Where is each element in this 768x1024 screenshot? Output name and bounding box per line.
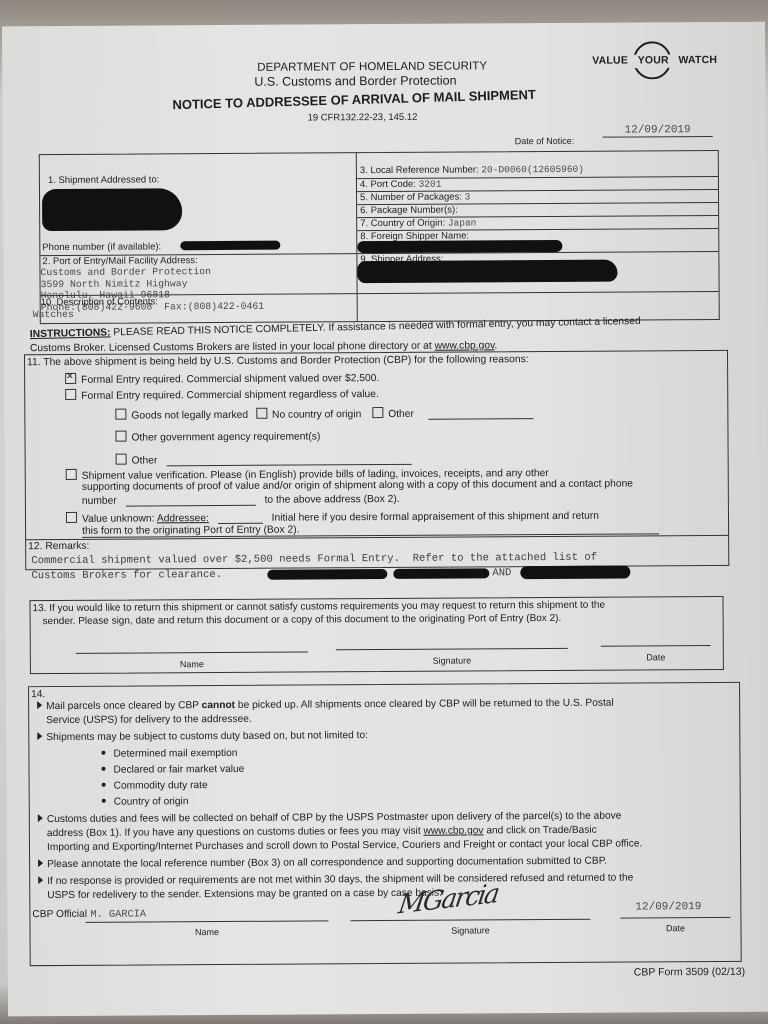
- duty-basis-item: Declared or fair market value: [101, 764, 244, 776]
- logo-word-right: WATCH: [678, 54, 717, 66]
- bullet-dot-icon: [102, 767, 106, 771]
- box14-label: 14.: [31, 689, 45, 700]
- checkbox-other-agency[interactable]: [115, 431, 126, 442]
- return-name-label: Name: [76, 658, 308, 669]
- remarks-line2: Customs Brokers for clearance.: [31, 569, 222, 582]
- local-ref-value: 20-D0060(12605960): [481, 164, 584, 176]
- return-date-label: Date: [601, 652, 711, 663]
- box11-label: 11. The above shipment is being held by …: [27, 354, 529, 368]
- agency-heading: U.S. Customs and Border Protection: [254, 74, 456, 89]
- reason-formal-entry-any-value: Formal Entry required. Commercial shipme…: [65, 387, 379, 402]
- cbp-website-link[interactable]: www.cbp.gov: [435, 340, 495, 351]
- duty-basis-item: Country of origin: [102, 796, 189, 808]
- info-bullet-pickup-line2: Service (USPS) for delivery to the addre…: [46, 714, 252, 726]
- date-of-notice-label: Date of Notice:: [515, 136, 575, 146]
- reason-formal-entry-over-2500: Formal Entry required. Commercial shipme…: [65, 371, 379, 386]
- bullet-arrow-icon: [38, 876, 43, 884]
- official-signature-label: Signature: [350, 925, 590, 936]
- bullet-arrow-icon: [38, 859, 43, 867]
- form-number: CBP Form 3509 (02/13): [634, 966, 745, 979]
- duty-basis-item: Commodity duty rate: [102, 780, 208, 792]
- checkbox-other-marking[interactable]: [372, 407, 383, 418]
- info-bullet-fees: Customs duties and fees will be collecte…: [38, 811, 622, 826]
- contents-description: Watches: [33, 309, 74, 320]
- official-date: 12/09/2019: [635, 901, 701, 913]
- duty-basis-item: Determined mail exemption: [101, 748, 237, 760]
- box13-line1: 13. If you would like to return this shi…: [33, 600, 606, 614]
- info-bullet-30-days-line2: USPS for redelivery to the sender. Exten…: [47, 888, 442, 901]
- instructions-heading: INSTRUCTIONS:: [30, 327, 111, 340]
- box10-label: 10. Description of Contents:: [41, 296, 158, 308]
- box13-return-request: 13. If you would like to return this shi…: [29, 596, 723, 674]
- info-bullet-duty: Shipments may be subject to customs duty…: [37, 730, 368, 743]
- info-bullet-30-days: If no response is provided or requiremen…: [38, 872, 633, 887]
- country-origin-value: Japan: [448, 217, 477, 228]
- cbp-official-name: M. GARCIA: [90, 908, 146, 920]
- top-fields-block: 1. Shipment Addressed to: Phone number (…: [39, 150, 720, 324]
- bullet-arrow-icon: [37, 701, 42, 709]
- bullet-arrow-icon: [37, 732, 42, 740]
- field-local-ref: 3. Local Reference Number: 20-D0060(1260…: [357, 163, 718, 176]
- department-heading: DEPARTMENT OF HOMELAND SECURITY: [257, 60, 487, 73]
- bullet-dot-icon: [102, 799, 106, 803]
- box14-information: 14. Mail parcels once cleared by CBP can…: [28, 682, 742, 966]
- official-signature: MGarcia: [396, 879, 500, 921]
- value-your-watch-logo: VALUE YOUR WATCH: [592, 39, 717, 84]
- remarks-and: AND: [492, 567, 511, 579]
- other-marking-blank[interactable]: [429, 418, 534, 420]
- return-date-field[interactable]: [601, 645, 711, 647]
- checkbox-formal-entry-any-value[interactable]: [65, 389, 76, 400]
- redacted-phone: [180, 241, 280, 251]
- bullet-dot-icon: [102, 783, 106, 787]
- port-code-value: 3201: [419, 179, 442, 190]
- return-signature-field[interactable]: [336, 648, 568, 650]
- checkbox-other[interactable]: [116, 454, 127, 465]
- official-name-line: [85, 920, 328, 922]
- cbp-official-label: CBP Official: [32, 909, 87, 920]
- value-verification-line2: supporting documents of proof of value a…: [82, 478, 633, 492]
- checkbox-not-legally-marked[interactable]: [115, 409, 126, 420]
- bullet-arrow-icon: [38, 814, 43, 822]
- reason-other-agency: Other government agency requirement(s): [115, 429, 320, 443]
- info-bullet-fees-line2: address (Box 1). If you have any questio…: [47, 825, 597, 839]
- other-reason-blank[interactable]: [166, 464, 411, 466]
- box1-phone-label: Phone number (if available):: [42, 241, 161, 253]
- box12-label: 12. Remarks:: [28, 541, 89, 552]
- info-bullet-pickup: Mail parcels once cleared by CBP cannot …: [37, 698, 614, 713]
- checkbox-value-verification[interactable]: [66, 469, 77, 480]
- box11-reasons: 11. The above shipment is being held by …: [24, 350, 729, 570]
- box13-line2: sender. Please sign, date and return thi…: [43, 613, 562, 627]
- contact-phone-blank[interactable]: [126, 505, 256, 507]
- logo-word-left: VALUE: [592, 55, 628, 67]
- reason-other: Other: [116, 452, 412, 467]
- checkbox-formal-entry-over-2500[interactable]: [65, 373, 76, 384]
- redacted-addressee: [42, 188, 182, 231]
- cfr-citation: 19 CFR132.22-23, 145.12: [308, 112, 418, 124]
- redacted-remark-3: [520, 566, 630, 580]
- return-name-field[interactable]: [76, 651, 308, 653]
- cbp-website-link[interactable]: www.cbp.gov: [423, 825, 483, 836]
- redacted-remark-1: [267, 569, 387, 580]
- box1-label: 1. Shipment Addressed to:: [48, 174, 160, 186]
- reason-row-marking: Goods not legally marked No country of o…: [115, 406, 534, 422]
- official-signature-line: [350, 919, 590, 921]
- redacted-remark-2: [393, 568, 489, 579]
- info-bullet-reference: Please annotate the local reference numb…: [38, 856, 607, 870]
- date-of-notice-value: 12/09/2019: [603, 124, 713, 138]
- num-packages-value: 3: [465, 191, 471, 202]
- form-title: NOTICE TO ADDRESSEE OF ARRIVAL OF MAIL S…: [172, 87, 536, 112]
- bullet-dot-icon: [101, 751, 105, 755]
- logo-word-mid: YOUR: [638, 54, 669, 66]
- form-paper: VALUE YOUR WATCH DEPARTMENT OF HOMELAND …: [2, 22, 768, 1017]
- redacted-shipper-address: [357, 260, 617, 284]
- official-name-label: Name: [85, 926, 328, 937]
- checkbox-no-country-origin[interactable]: [256, 408, 267, 419]
- return-signature-label: Signature: [336, 655, 568, 666]
- official-date-label: Date: [620, 923, 730, 934]
- official-date-line: [620, 917, 730, 919]
- right-fields: 3. Local Reference Number: 20-D0060(1260…: [357, 151, 719, 321]
- info-bullet-fees-line3: Importing and Exporting/Internet Purchas…: [47, 838, 642, 853]
- value-verification-line3: number to the above address (Box 2).: [82, 494, 400, 507]
- checkbox-value-unknown[interactable]: [66, 512, 77, 523]
